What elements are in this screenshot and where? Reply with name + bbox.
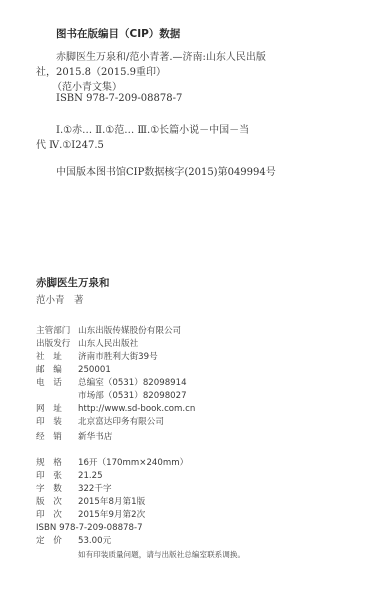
meta-row-printer: 印 装北京富达印务有限公司 (36, 416, 164, 428)
spec-row-isbn: ISBN 978-7-209-08878-7 (36, 522, 143, 534)
meta-value: 山东人民出版社 (78, 338, 138, 350)
meta-label: 社 址 (36, 351, 78, 363)
meta-row-website: 网 址http://www.sd-book.com.cn (36, 403, 195, 415)
meta-row-distributor: 经 销新华书店 (36, 431, 112, 443)
meta-value: http://www.sd-book.com.cn (78, 403, 195, 415)
cip-verification: 中国版本图书馆CIP数据核字(2015)第049994号 (56, 163, 276, 178)
meta-value: 250001 (78, 364, 111, 376)
meta-value: 山东出版传媒股份有限公司 (78, 325, 181, 337)
book-title: 赤脚医生万泉和 (36, 275, 110, 290)
cip-isbn: ISBN 978-7-209-08878-7 (56, 93, 182, 104)
meta-value: 21.25 (78, 470, 103, 482)
meta-row-postcode: 邮 编250001 (36, 364, 111, 376)
spec-row-sheets: 印 张21.25 (36, 470, 103, 482)
meta-label: 字 数 (36, 483, 78, 495)
meta-value: 2015年9月第2次 (78, 509, 145, 521)
spec-row-printing: 印 次2015年9月第2次 (36, 509, 145, 521)
cip-line: 代 Ⅳ.①I247.5 (36, 136, 104, 151)
cip-heading: 图书在版编目（CIP）数据 (56, 26, 180, 41)
meta-value: 978-7-209-08878-7 (59, 522, 142, 534)
meta-label: 印 张 (36, 470, 78, 482)
meta-label: 印 装 (36, 416, 78, 428)
meta-value: 新华书店 (78, 431, 112, 443)
cip-line: 赤脚医生万泉和/范小青著.—济南:山东人民出版 (56, 48, 266, 63)
meta-label: 定 价 (36, 535, 78, 547)
cip-line: Ⅰ.①赤… Ⅱ.①范… Ⅲ.①长篇小说－中国－当 (56, 121, 249, 136)
meta-row-supervisor: 主管部门山东出版传媒股份有限公司 (36, 325, 181, 337)
meta-row-publisher: 出版发行山东人民出版社 (36, 338, 138, 350)
meta-row-address: 社 址济南市胜利大街39号 (36, 351, 158, 363)
meta-row-phone: 电 话总编室（0531）82098914 (36, 377, 187, 389)
spec-row-price: 定 价53.00元 (36, 535, 111, 547)
meta-label: 版 次 (36, 496, 78, 508)
meta-label: ISBN (36, 523, 56, 533)
meta-label: 规 格 (36, 457, 78, 469)
cip-line: 社，2015.8（2015.9重印） (36, 63, 166, 78)
meta-label: 印 次 (36, 509, 78, 521)
meta-value: 322千字 (78, 483, 112, 495)
meta-value: 16开（170mm×240mm） (78, 457, 188, 469)
meta-label: 经 销 (36, 431, 78, 443)
quality-notice: 如有印装质量问题，请与出版社总编室联系调换。 (78, 549, 245, 560)
cip-line: （范小青文集） (52, 78, 122, 93)
meta-value: 济南市胜利大街39号 (78, 351, 158, 363)
spec-row-wordcount: 字 数322千字 (36, 483, 112, 495)
spec-row-format: 规 格16开（170mm×240mm） (36, 457, 188, 469)
meta-value: 2015年8月第1版 (78, 496, 145, 508)
meta-label: 出版发行 (36, 338, 78, 350)
book-author: 范小青 著 (36, 292, 84, 306)
meta-label: 网 址 (36, 403, 78, 415)
meta-value: 北京富达印务有限公司 (78, 416, 164, 428)
meta-value: 市场部（0531）82098027 (78, 390, 187, 402)
meta-label: 电 话 (36, 377, 78, 389)
spec-row-edition: 版 次2015年8月第1版 (36, 496, 145, 508)
meta-value: 总编室（0531）82098914 (78, 377, 187, 389)
meta-label: 邮 编 (36, 364, 78, 376)
meta-row-phone-marketing: 市场部（0531）82098027 (36, 390, 187, 402)
meta-value: 53.00元 (78, 535, 111, 547)
meta-label: 主管部门 (36, 325, 78, 337)
